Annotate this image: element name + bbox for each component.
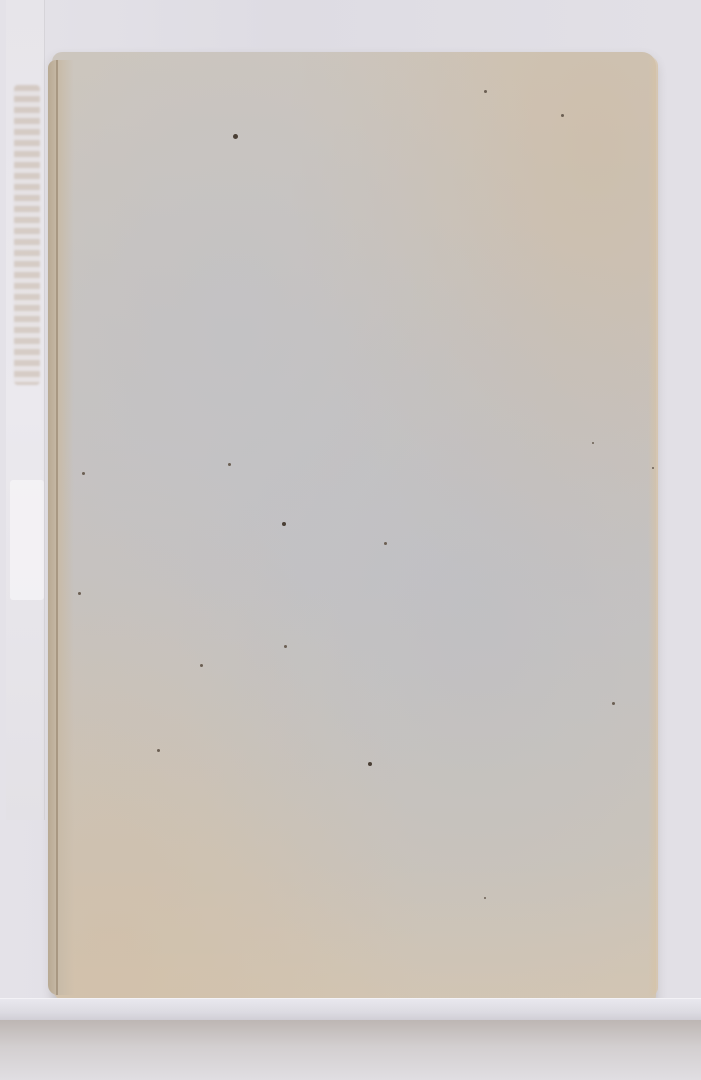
- paper-speck: [282, 522, 286, 526]
- paper-speck: [82, 472, 85, 475]
- paper-speck: [200, 664, 203, 667]
- acrylic-shelf: [0, 998, 701, 1021]
- backdrop-stain: [14, 85, 40, 385]
- paper-speck: [561, 114, 564, 117]
- paper-speck: [652, 467, 654, 469]
- paper-speck: [612, 702, 615, 705]
- paper-speck: [78, 592, 81, 595]
- paper-speck: [484, 90, 487, 93]
- paper-speck: [384, 542, 387, 545]
- paper-speck: [484, 897, 486, 899]
- paper-speck: [284, 645, 287, 648]
- blank-book-cover: [52, 52, 656, 1002]
- book-fore-edge: [648, 56, 658, 996]
- paper-speck: [592, 442, 594, 444]
- photo-scene: [0, 0, 701, 1080]
- paper-speck: [233, 134, 238, 139]
- paper-speck: [228, 463, 231, 466]
- paper-speck: [157, 749, 160, 752]
- book-spine-edge: [48, 60, 74, 995]
- shelf-shadow: [0, 1020, 701, 1080]
- paper-speck: [368, 762, 372, 766]
- backdrop-highlight: [10, 480, 44, 600]
